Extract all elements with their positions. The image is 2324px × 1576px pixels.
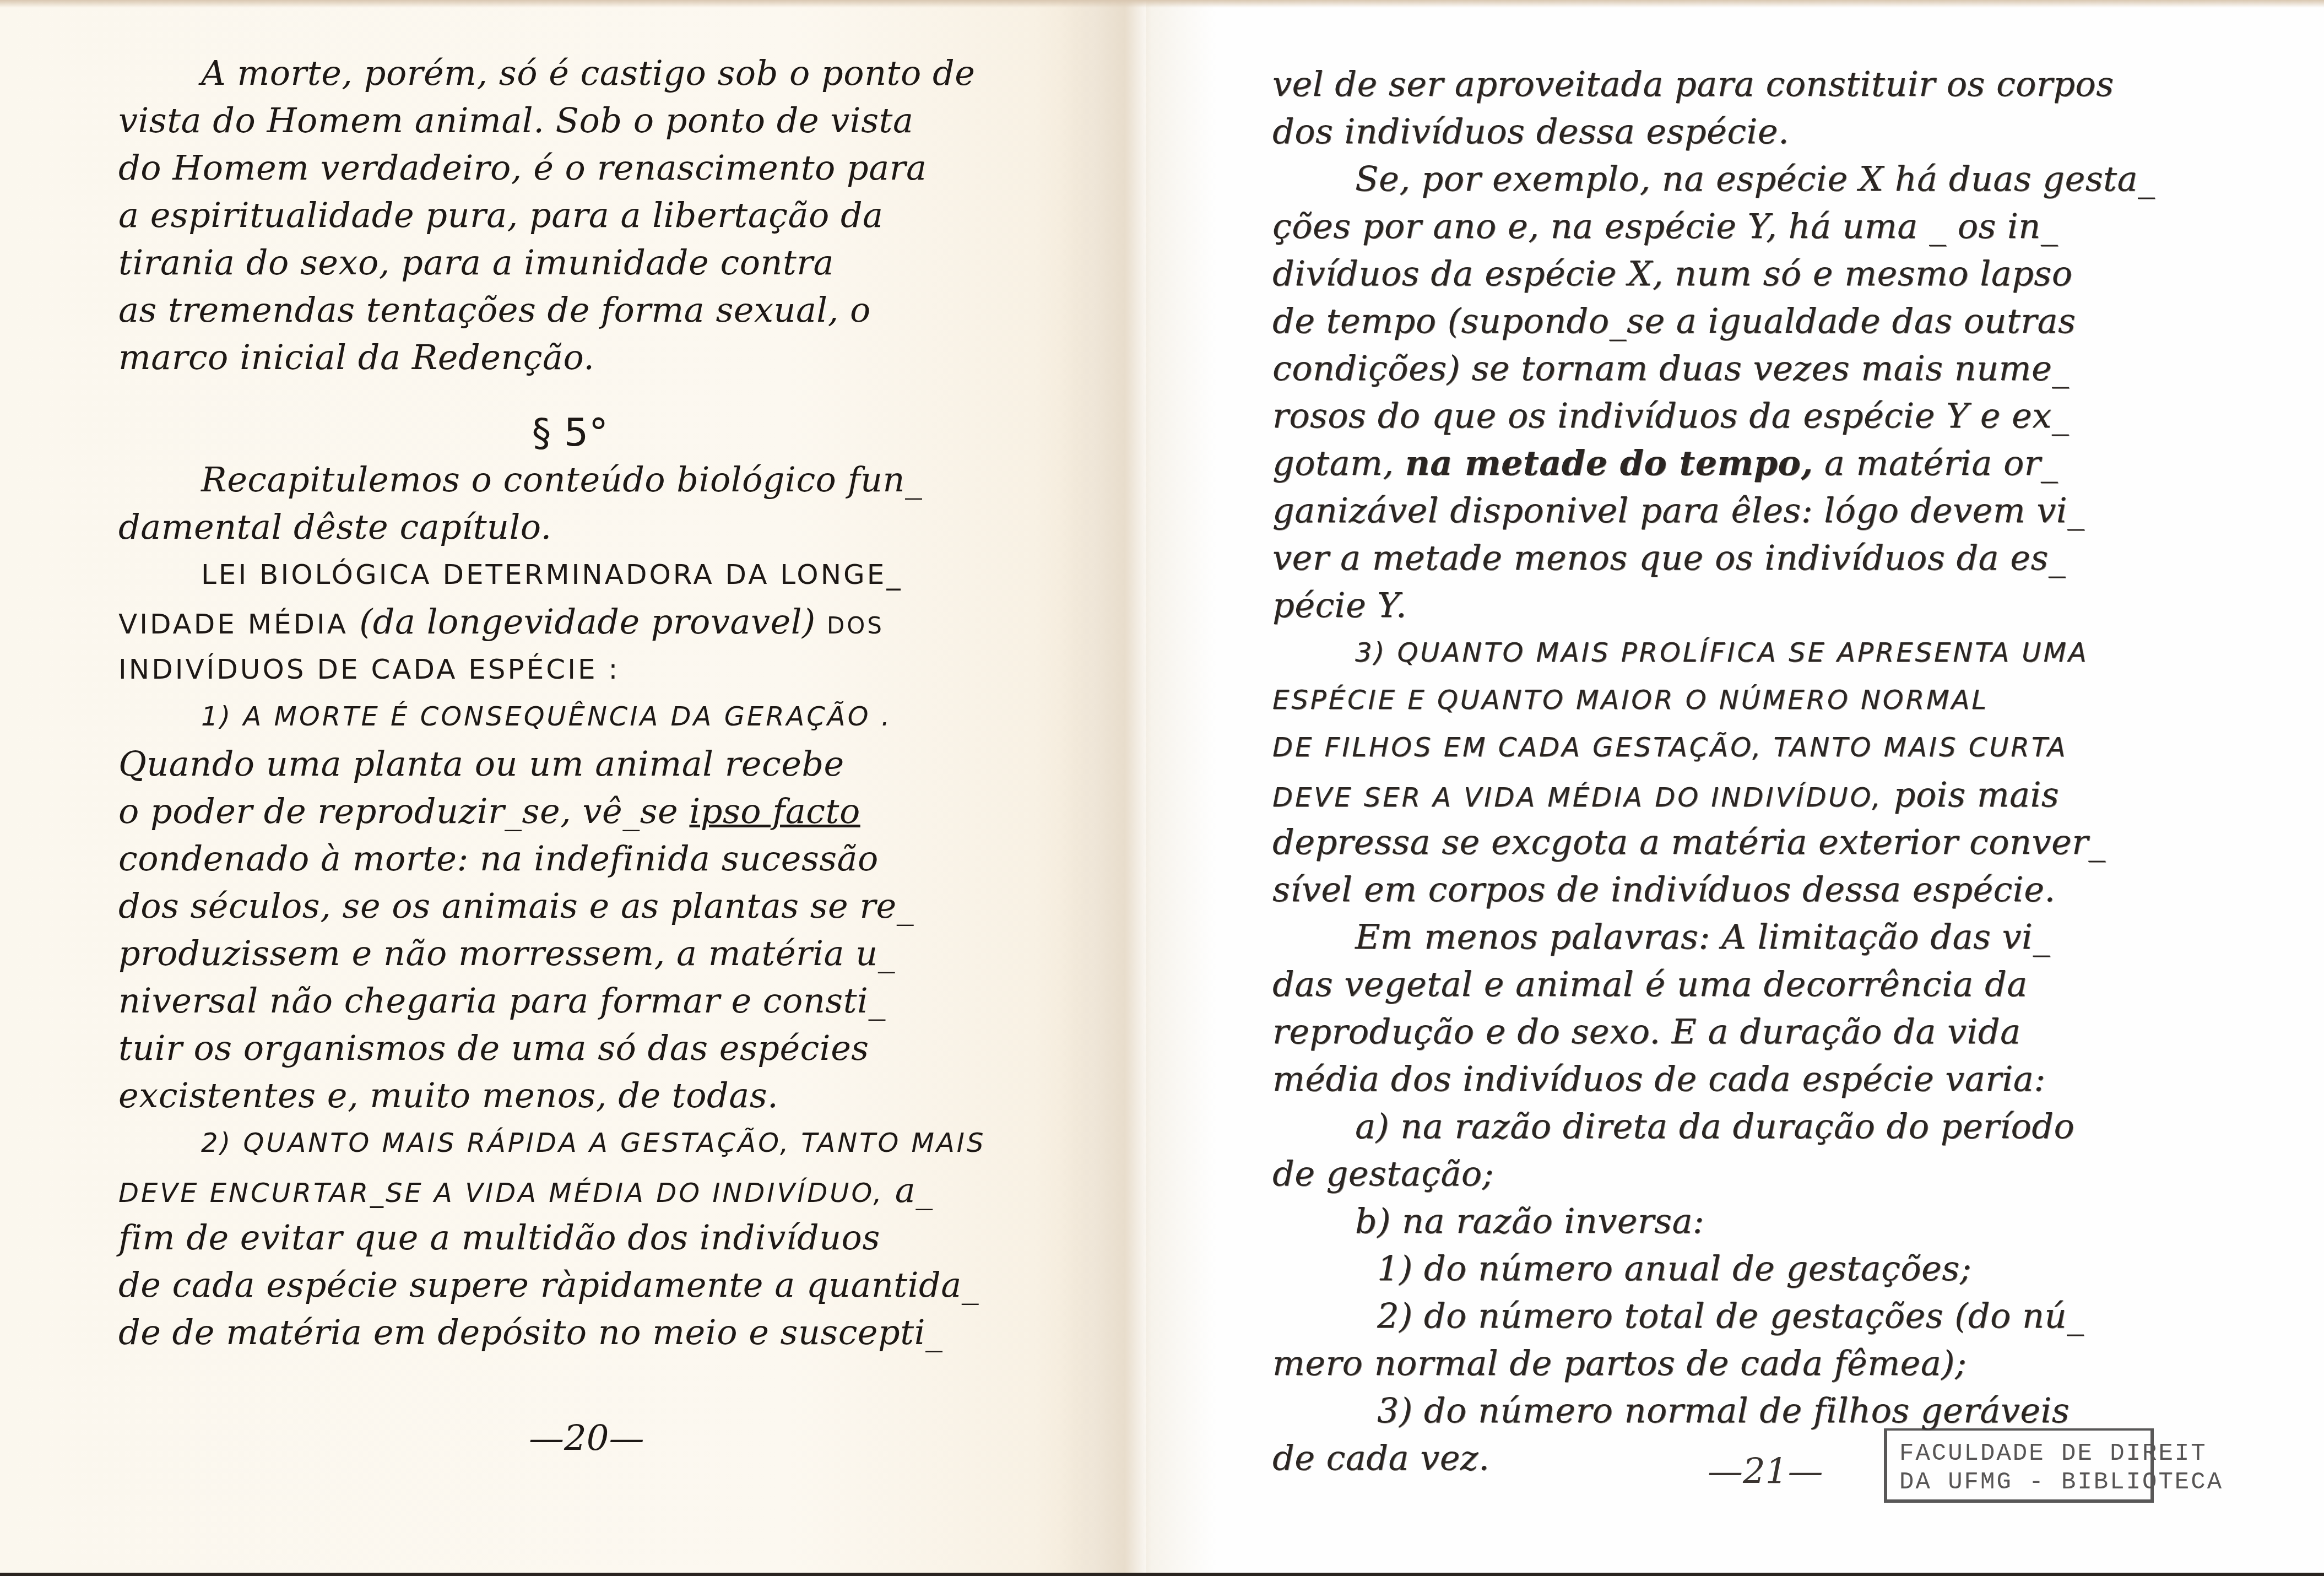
paragraph-line: vista do Homem animal. Sob o ponto de vi…: [118, 97, 1088, 144]
paragraph-line: rosos do que os indivíduos da espécie Y …: [1272, 392, 2225, 440]
paragraph-line: Recapitulemos o conteúdo biológico fun_: [118, 456, 1088, 503]
emphasis-run: na metade do tempo,: [1405, 443, 1813, 483]
item-heading-line: DEVE SER A VIDA MÉDIA DO INDIVÍDUO, pois…: [1272, 771, 2225, 819]
item-heading: DE FILHOS EM CADA GESTAÇÃO, TANTO MAIS C…: [1272, 724, 2225, 771]
text-run: gotam,: [1272, 443, 1394, 483]
paragraph-line: pécie Y.: [1272, 582, 2225, 629]
text-run: pois mais: [1883, 775, 2059, 815]
paragraph-line: sível em corpos de indivíduos dessa espé…: [1272, 866, 2225, 913]
paragraph-line: as tremendas tentações de forma sexual, …: [118, 286, 1088, 334]
list-item: 1) do número anual de gestações;: [1272, 1245, 2225, 1292]
stamp-line: FACULDADE DE DIREIT: [1899, 1439, 2141, 1468]
item-heading: 1) A MORTE É CONSEQUÊNCIA DA GERAÇÃO .: [118, 693, 1088, 740]
paragraph-line: Em menos palavras: A limitação das vi_: [1272, 913, 2225, 961]
law-title-line: VIDADE MÉDIA (da longevidade provavel) D…: [118, 598, 1088, 646]
page-top-edge: [0, 0, 2324, 8]
page-number-right: —21—: [1708, 1452, 1823, 1492]
paragraph-line: vel de ser aproveitada para constituir o…: [1272, 61, 2225, 108]
paragraph-line: tuir os organismos de uma só das espécie…: [118, 1025, 1088, 1072]
paragraph-line: de de matéria em depósito no meio e susc…: [118, 1309, 1088, 1356]
paragraph-line: marco inicial da Redenção.: [118, 334, 1088, 381]
law-title-line: LEI BIOLÓGICA DETERMINADORA DA LONGE_: [118, 551, 1088, 598]
paragraph-line: condições) se tornam duas vezes mais num…: [1272, 345, 2225, 392]
item-heading: 2) QUANTO MAIS RÁPIDA A GESTAÇÃO, TANTO …: [118, 1119, 1088, 1167]
list-item: 3) do número normal de filhos geráveis: [1272, 1387, 2225, 1434]
paragraph-line: divíduos da espécie X, num só e mesmo la…: [1272, 250, 2225, 297]
paragraph-line: do Homem verdadeiro, é o renascimento pa…: [118, 144, 1088, 192]
law-title-parenthetical: (da longevidade provavel): [359, 602, 816, 642]
paragraph-line: o poder de reproduzir_se, vê_se ipso fac…: [118, 788, 1088, 835]
paragraph-line: ver a metade menos que os indivíduos da …: [1272, 534, 2225, 582]
paragraph-line: ções por ano e, na espécie Y, há uma _ o…: [1272, 203, 2225, 250]
paragraph-line: Quando uma planta ou um animal recebe: [118, 740, 1088, 788]
book-spread: A morte, porém, só é castigo sob o ponto…: [0, 0, 2324, 1576]
library-stamp: FACULDADE DE DIREIT DA UFMG - BIBLIOTECA: [1884, 1428, 2154, 1503]
paragraph-line: fim de evitar que a multidão dos indivíd…: [118, 1214, 1088, 1261]
paragraph-line: a espiritualidade pura, para a libertaçã…: [118, 192, 1088, 239]
list-item: a) na razão direta da duração do período: [1272, 1103, 2225, 1150]
paragraph-line: de gestação;: [1272, 1150, 2225, 1198]
page-number-left: —20—: [529, 1418, 644, 1459]
paragraph-line: reprodução e do sexo. E a duração da vid…: [1272, 1008, 2225, 1055]
paragraph-line: das vegetal e animal é uma decorrência d…: [1272, 961, 2225, 1008]
latin-phrase: ipso facto: [689, 791, 860, 831]
paragraph-line: gotam, na metade do tempo, a matéria or_: [1272, 440, 2225, 487]
paragraph-line: mero normal de partos de cada fêmea);: [1272, 1340, 2225, 1387]
paragraph-line: tirania do sexo, para a imunidade contra: [118, 239, 1088, 286]
item-heading-caps: DEVE ENCURTAR_SE A VIDA MÉDIA DO INDIVÍD…: [118, 1178, 884, 1209]
text-run: a matéria or_: [1824, 443, 2058, 483]
list-item: 2) do número total de gestações (do nú_: [1272, 1292, 2225, 1340]
paragraph-line: produzissem e não morressem, a matéria u…: [118, 930, 1088, 977]
paragraph-line: depressa se excgota a matéria exterior c…: [1272, 819, 2225, 866]
list-item: b) na razão inversa:: [1272, 1198, 2225, 1245]
paragraph-line: A morte, porém, só é castigo sob o ponto…: [118, 50, 1088, 97]
right-page-text: vel de ser aproveitada para constituir o…: [1272, 61, 2225, 1482]
stamp-line: DA UFMG - BIBLIOTECA: [1899, 1468, 2141, 1497]
law-title-caps: VIDADE MÉDIA: [118, 608, 348, 640]
law-title-caps: DOS: [827, 612, 884, 639]
paragraph-line: excistentes e, muito menos, de todas.: [118, 1072, 1088, 1119]
paragraph-line: condenado à morte: na indefinida sucessã…: [118, 835, 1088, 882]
paragraph-line: dos indivíduos dessa espécie.: [1272, 108, 2225, 155]
paragraph-line: damental dêste capítulo.: [118, 503, 1088, 551]
item-heading-caps: DEVE SER A VIDA MÉDIA DO INDIVÍDUO,: [1272, 782, 1883, 813]
section-heading: § 5°: [118, 409, 1088, 456]
item-heading-line: DEVE ENCURTAR_SE A VIDA MÉDIA DO INDIVÍD…: [118, 1167, 1088, 1214]
paragraph-line: média dos indivíduos de cada espécie var…: [1272, 1055, 2225, 1103]
page-bottom-edge: [0, 1573, 2324, 1576]
paragraph-line: de tempo (supondo_se a igualdade das out…: [1272, 297, 2225, 345]
paragraph-line: dos séculos, se os animais e as plantas …: [118, 882, 1088, 930]
item-heading: ESPÉCIE E QUANTO MAIOR O NÚMERO NORMAL: [1272, 676, 2225, 724]
left-page-text: A morte, porém, só é castigo sob o ponto…: [118, 50, 1088, 1356]
paragraph-line: niversal não chegaria para formar e cons…: [118, 977, 1088, 1025]
paragraph-line: ganizável disponivel para êles: lógo dev…: [1272, 487, 2225, 534]
law-title-line: INDIVÍDUOS DE CADA ESPÉCIE :: [118, 646, 1088, 693]
text-run: o poder de reproduzir_se, vê_se: [118, 791, 678, 831]
spacer: [118, 381, 1088, 409]
paragraph-line: Se, por exemplo, na espécie X há duas ge…: [1272, 155, 2225, 203]
text-run: a_: [884, 1170, 933, 1210]
item-heading: 3) QUANTO MAIS PROLÍFICA SE APRESENTA UM…: [1272, 629, 2225, 676]
paragraph-line: de cada espécie supere ràpidamente a qua…: [118, 1261, 1088, 1309]
